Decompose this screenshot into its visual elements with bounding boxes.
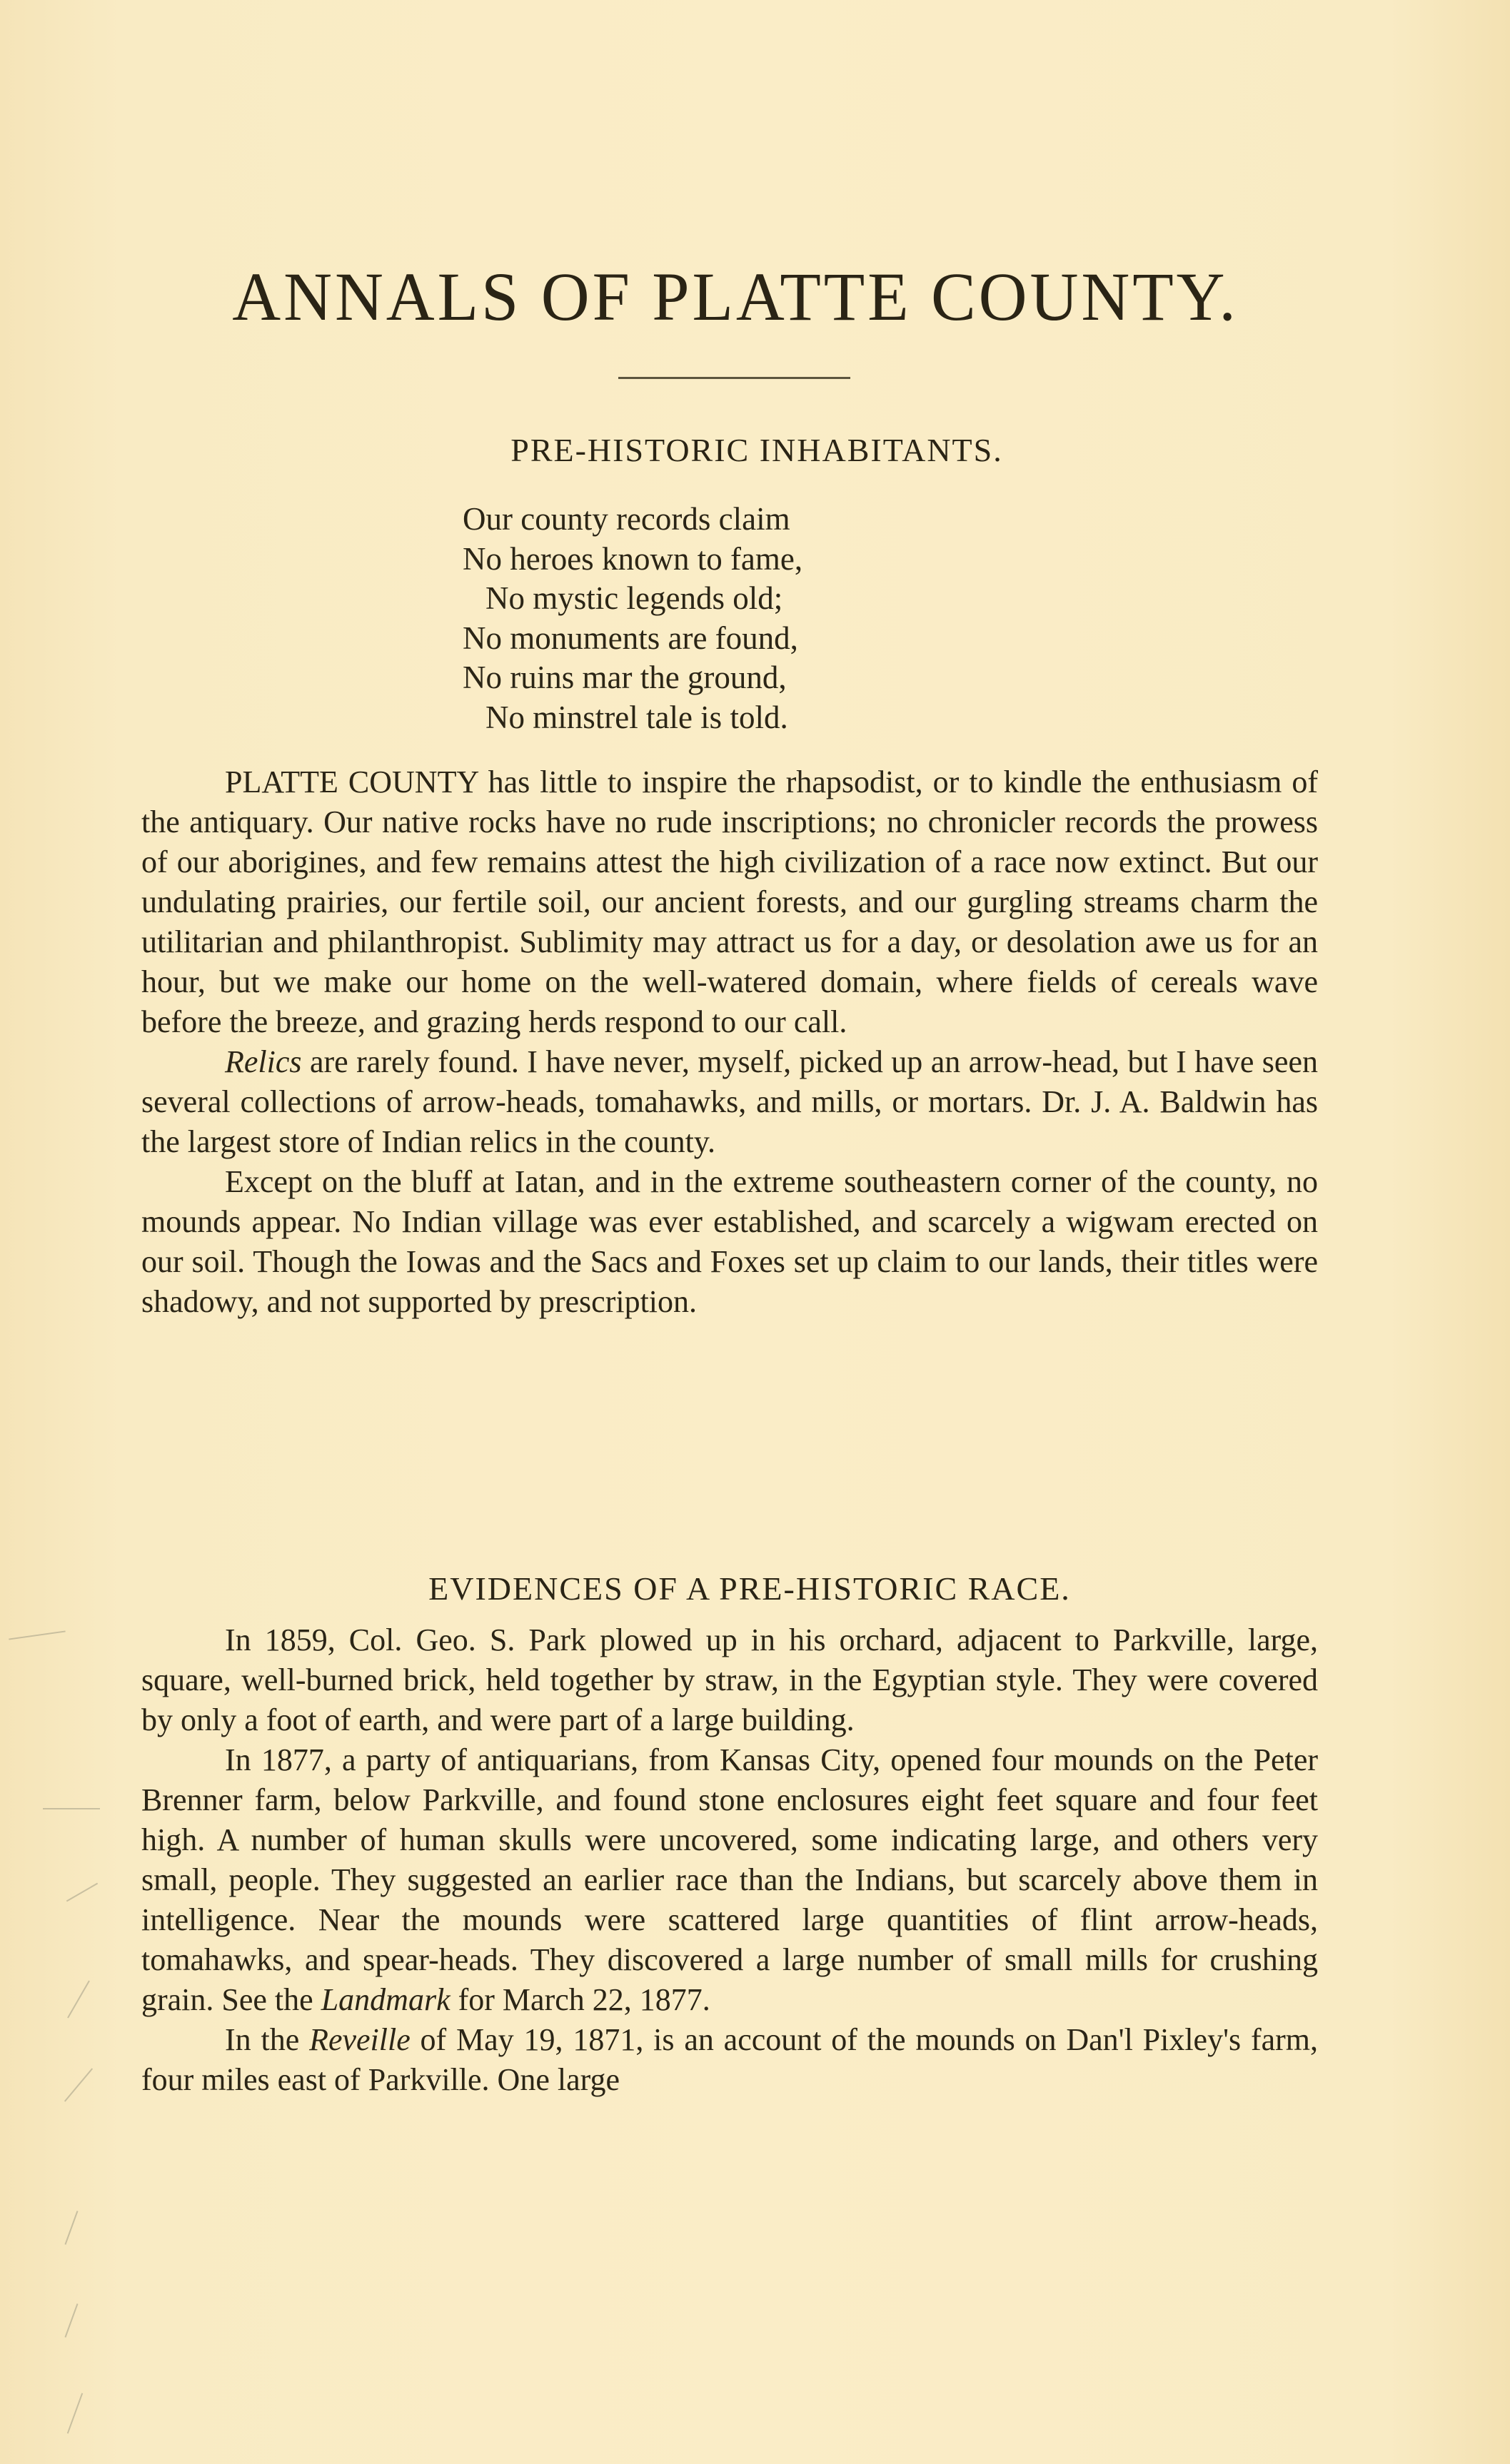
- poem-line: No minstrel tale is told.: [463, 698, 802, 738]
- pencil-marginalia-mark: [67, 2393, 83, 2433]
- paragraph: PLATTE COUNTY has little to inspire the …: [141, 762, 1318, 1042]
- scanned-book-page: ANNALS OF PLATTE COUNTY. PRE-HISTORIC IN…: [0, 0, 1510, 2464]
- section-body-evidences: In 1859, Col. Geo. S. Park plowed up in …: [141, 1620, 1318, 2100]
- title-divider-rule: [618, 377, 850, 379]
- italic-term: Relics: [225, 1044, 302, 1079]
- section-body-prehistoric-inhabitants: PLATTE COUNTY has little to inspire the …: [141, 762, 1318, 1322]
- paragraph: Relics are rarely found. I have never, m…: [141, 1042, 1318, 1162]
- poem-line: No heroes known to fame,: [463, 540, 802, 580]
- pencil-marginalia-mark: [65, 2303, 79, 2338]
- pencil-marginalia-mark: [65, 2211, 79, 2245]
- italic-publication-name: Reveille: [309, 2022, 411, 2057]
- pencil-marginalia-mark: [43, 1808, 100, 1809]
- poem-line: No mystic legends old;: [463, 579, 802, 619]
- pencil-marginalia-mark: [9, 1630, 65, 1640]
- pencil-marginalia-mark: [67, 1981, 90, 2019]
- paragraph: In 1877, a party of antiquarians, from K…: [141, 1740, 1318, 2020]
- paragraph: Except on the bluff at Iatan, and in the…: [141, 1162, 1318, 1322]
- poem-line: No monuments are found,: [463, 619, 802, 659]
- section-heading-prehistoric-inhabitants: PRE-HISTORIC INHABITANTS.: [129, 434, 1364, 467]
- section-heading-evidences-prehistoric-race: EVIDENCES OF A PRE-HISTORIC RACE.: [129, 1572, 1357, 1605]
- paragraph: In the Reveille of May 19, 1871, is an a…: [141, 2020, 1318, 2100]
- pencil-marginalia-mark: [64, 2068, 93, 2101]
- page-title: ANNALS OF PLATTE COUNTY.: [141, 263, 1330, 331]
- italic-publication-name: Landmark: [321, 1982, 451, 2017]
- pencil-marginalia-mark: [66, 1883, 98, 1902]
- poem-line: No ruins mar the ground,: [463, 658, 802, 698]
- poem-line: Our county records claim: [463, 500, 802, 540]
- epigraph-poem: Our county records claim No heroes known…: [463, 500, 802, 737]
- paragraph: In 1859, Col. Geo. S. Park plowed up in …: [141, 1620, 1318, 1740]
